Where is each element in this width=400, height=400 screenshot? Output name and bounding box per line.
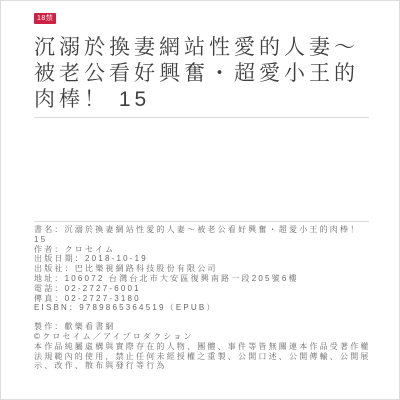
- colophon-production: 製作：歡樂看書網: [34, 322, 379, 332]
- colophon-phone: 電話：02-2727-6001: [34, 284, 379, 294]
- colophon-author: 作者：クロセイム: [34, 245, 379, 255]
- colophon-address: 地址：106072 台灣台北市大安區復興南路一段205號6樓: [34, 274, 379, 284]
- ebook-page: 18禁 沉溺於換妻網站性愛的人妻～ 被老公看好興奮・超愛小王的 肉棒！ 15 書…: [0, 0, 400, 400]
- colophon-book-name: 書名：沉溺於換妻網站性愛的人妻～被老公看好興奮・超愛小王的肉棒！: [34, 225, 379, 235]
- colophon-copyright: ©クロセイム／アイプロダクション: [34, 332, 379, 342]
- colophon-divider: [34, 221, 369, 222]
- legal-disclaimer-line: 法規範內的使用，禁止任何未經授權之重製、公開口述、公開傳輸、公開展: [34, 352, 379, 362]
- colophon-gap: [34, 313, 379, 322]
- age-rating-badge: 18禁: [34, 13, 56, 24]
- colophon-block: 書名：沉溺於換妻網站性愛的人妻～被老公看好興奮・超愛小王的肉棒！ 15 作者：ク…: [34, 225, 379, 371]
- colophon-publish-date: 出版日期：2018-10-19: [34, 254, 379, 264]
- colophon-publisher: 出版社：巴比樂視網路科技股份有限公司: [34, 264, 379, 274]
- legal-disclaimer-line: 本作品純屬虛構與實際存在的人物、團體、事件等皆無關連本作品受著作權: [34, 342, 379, 352]
- colophon-eisbn: EISBN：9789865364519（EPUB）: [34, 303, 379, 313]
- book-title-line: 沉溺於換妻網站性愛的人妻～: [34, 35, 378, 61]
- book-title-line: 肉棒！ 15: [34, 87, 378, 113]
- colophon-book-name-wrap: 15: [34, 235, 379, 245]
- book-title-line: 被老公看好興奮・超愛小王的: [34, 61, 378, 87]
- title-divider: [34, 117, 369, 118]
- legal-disclaimer-line: 示、改作、散布與發行等行為: [34, 361, 379, 371]
- colophon-fax: 傳真：02-2727-3180: [34, 294, 379, 304]
- book-title: 沉溺於換妻網站性愛的人妻～ 被老公看好興奮・超愛小王的 肉棒！ 15: [34, 35, 378, 113]
